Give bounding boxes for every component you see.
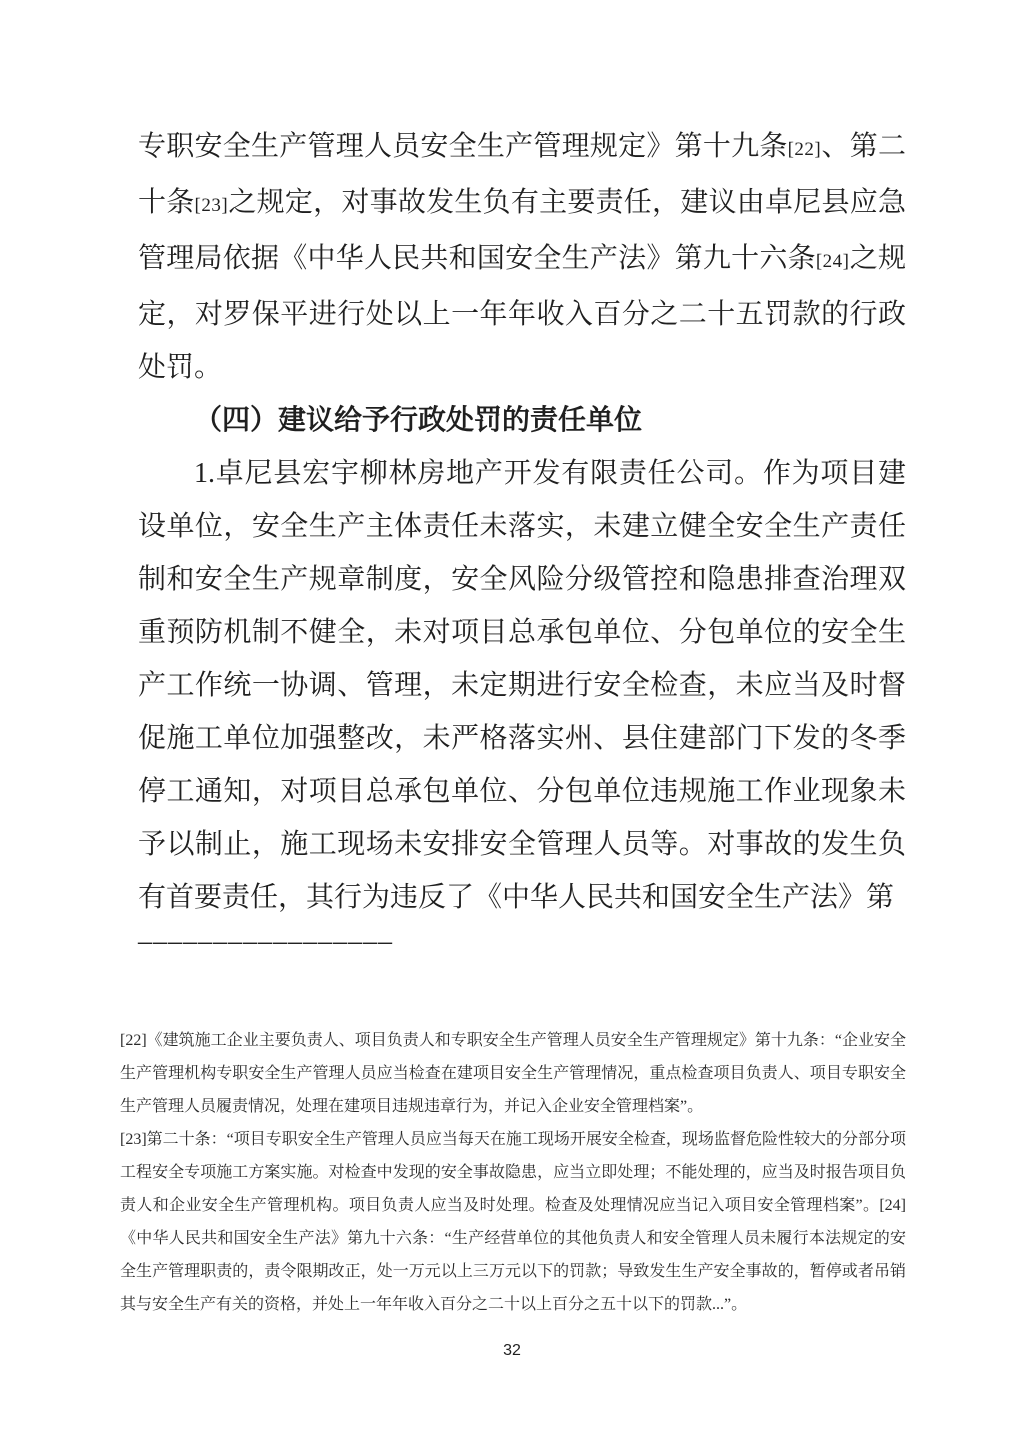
page-number: 32: [0, 1340, 1024, 1362]
body-text-segment: 专职安全生产管理人员安全生产管理规定》第十九条: [138, 131, 788, 162]
paragraph-continuation: 专职安全生产管理人员安全生产管理规定》第十九条[22]、第二十条[23]之规定，…: [138, 120, 906, 394]
footnote-ref-24: [24]: [816, 251, 850, 272]
footnote-22: [22]《建筑施工企业主要负责人、项目负责人和专职安全生产管理人员安全生产管理规…: [120, 1024, 906, 1123]
paragraph-item-1: 1.卓尼县宏宇柳林房地产开发有限责任公司。作为项目建设单位，安全生产主体责任未落…: [138, 447, 906, 924]
document-page: 专职安全生产管理人员安全生产管理规定》第十九条[22]、第二十条[23]之规定，…: [0, 0, 1024, 1448]
footnote-separator: –––––––––––––––––: [138, 928, 393, 956]
body-text-segment: 十条: [138, 187, 195, 218]
body-text-segment: 之规定，对事故发生负有主要责任，建议由卓尼县应急管理局依据《中华人民共和国安全生…: [138, 187, 906, 274]
body-text-segment: 、第二: [821, 131, 906, 162]
footnote-23-24: [23]第二十条：“项目专职安全生产管理人员应当每天在施工现场开展安全检查，现场…: [120, 1123, 906, 1321]
section-heading: （四）建议给予行政处罚的责任单位: [138, 394, 906, 447]
footnote-ref-23: [23]: [195, 195, 229, 216]
footnote-ref-22: [22]: [788, 139, 822, 160]
document-body: 专职安全生产管理人员安全生产管理规定》第十九条[22]、第二十条[23]之规定，…: [138, 120, 906, 924]
footnotes-section: [22]《建筑施工企业主要负责人、项目负责人和专职安全生产管理人员安全生产管理规…: [120, 1024, 906, 1321]
